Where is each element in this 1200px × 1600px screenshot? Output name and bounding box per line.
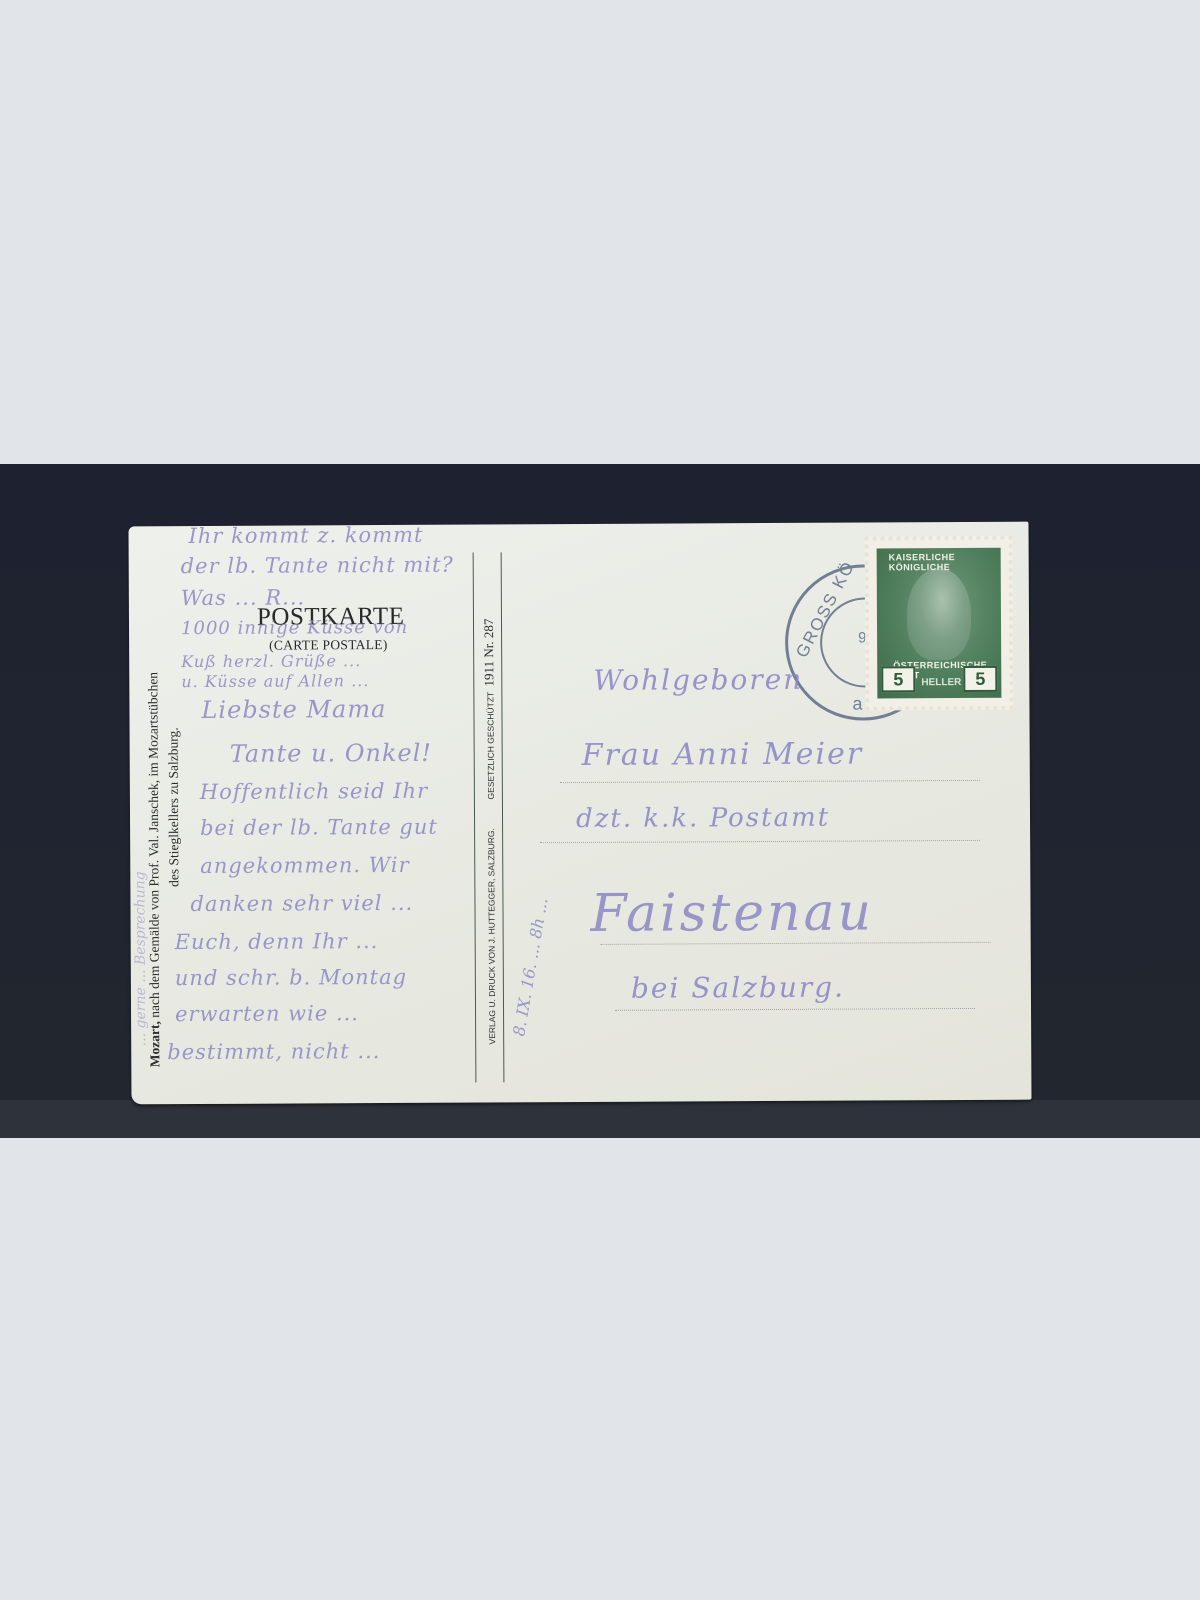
message-line: angekommen. Wir: [200, 853, 410, 878]
message-line: Euch, denn Ihr ...: [175, 929, 379, 954]
message-line: Hoffentlich seid Ihr: [200, 779, 428, 804]
publisher-text: VERLAG U. DRUCK VON J. HUTTEGGER, SALZBU…: [486, 828, 497, 1044]
message-line: danken sehr viel ...: [190, 891, 413, 916]
message-line: Kuß herzl. Grüße ...: [181, 651, 361, 671]
address-region: bei Salzburg.: [631, 971, 845, 1005]
message-line: bestimmt, nicht ...: [167, 1039, 380, 1064]
message-line: Tante u. Onkel!: [230, 739, 432, 768]
catalog-number: 1911 Nr. 287: [481, 619, 497, 687]
stamp-top-inscription: KAISERLICHE KÖNIGLICHE: [889, 552, 1001, 573]
address-salutation: Wohlgeboren: [593, 663, 803, 697]
margin-note-date: 8. IX. 16. ... 8h ...: [509, 896, 551, 1037]
message-line: Was ... R...: [181, 585, 305, 610]
stamp-currency: HELLER: [921, 677, 961, 688]
address-name: Frau Anni Meier: [582, 737, 864, 773]
message-line: Liebste Mama: [201, 695, 386, 724]
stamp-design: KAISERLICHE KÖNIGLICHE ÖSTERREICHISCHE P…: [877, 548, 1002, 699]
message-line: der lb. Tante nicht mit?: [181, 553, 454, 578]
message-line: und schr. b. Montag: [175, 965, 407, 990]
message-line: u. Küsse auf Allen ...: [181, 671, 369, 691]
message-line: Ihr kommt z. kommt: [188, 523, 423, 548]
message-line: bei der lb. Tante gut: [200, 815, 438, 840]
stamp-value-right: 5: [963, 666, 997, 692]
postage-stamp: KAISERLICHE KÖNIGLICHE ÖSTERREICHISCHE P…: [865, 536, 1014, 711]
stamp-value-left: 5: [881, 666, 915, 692]
postcard: Mozart, nach dem Gemälde von Prof. Val. …: [128, 522, 1031, 1105]
message-line: erwarten wie ...: [175, 1001, 359, 1026]
copyright-text: GESETZLICH GESCHÜTZT: [485, 692, 496, 800]
divider-line-right: [501, 552, 505, 1082]
address-dotted-line: [560, 780, 980, 783]
postmark-sub: a: [852, 694, 862, 715]
message-line: 1000 innige Küsse von: [181, 617, 408, 639]
margin-note-left: ... gerne ... Besprechung: [132, 871, 149, 1046]
address-dotted-line: [540, 840, 980, 843]
emperor-portrait-icon: [907, 568, 971, 660]
address-line-2: dzt. k.k. Postamt: [576, 803, 830, 834]
divider-line-left: [473, 553, 477, 1083]
address-dotted-line: [615, 1008, 975, 1011]
address-city: Faistenau: [590, 882, 874, 943]
display-ledge: [0, 1100, 1200, 1138]
